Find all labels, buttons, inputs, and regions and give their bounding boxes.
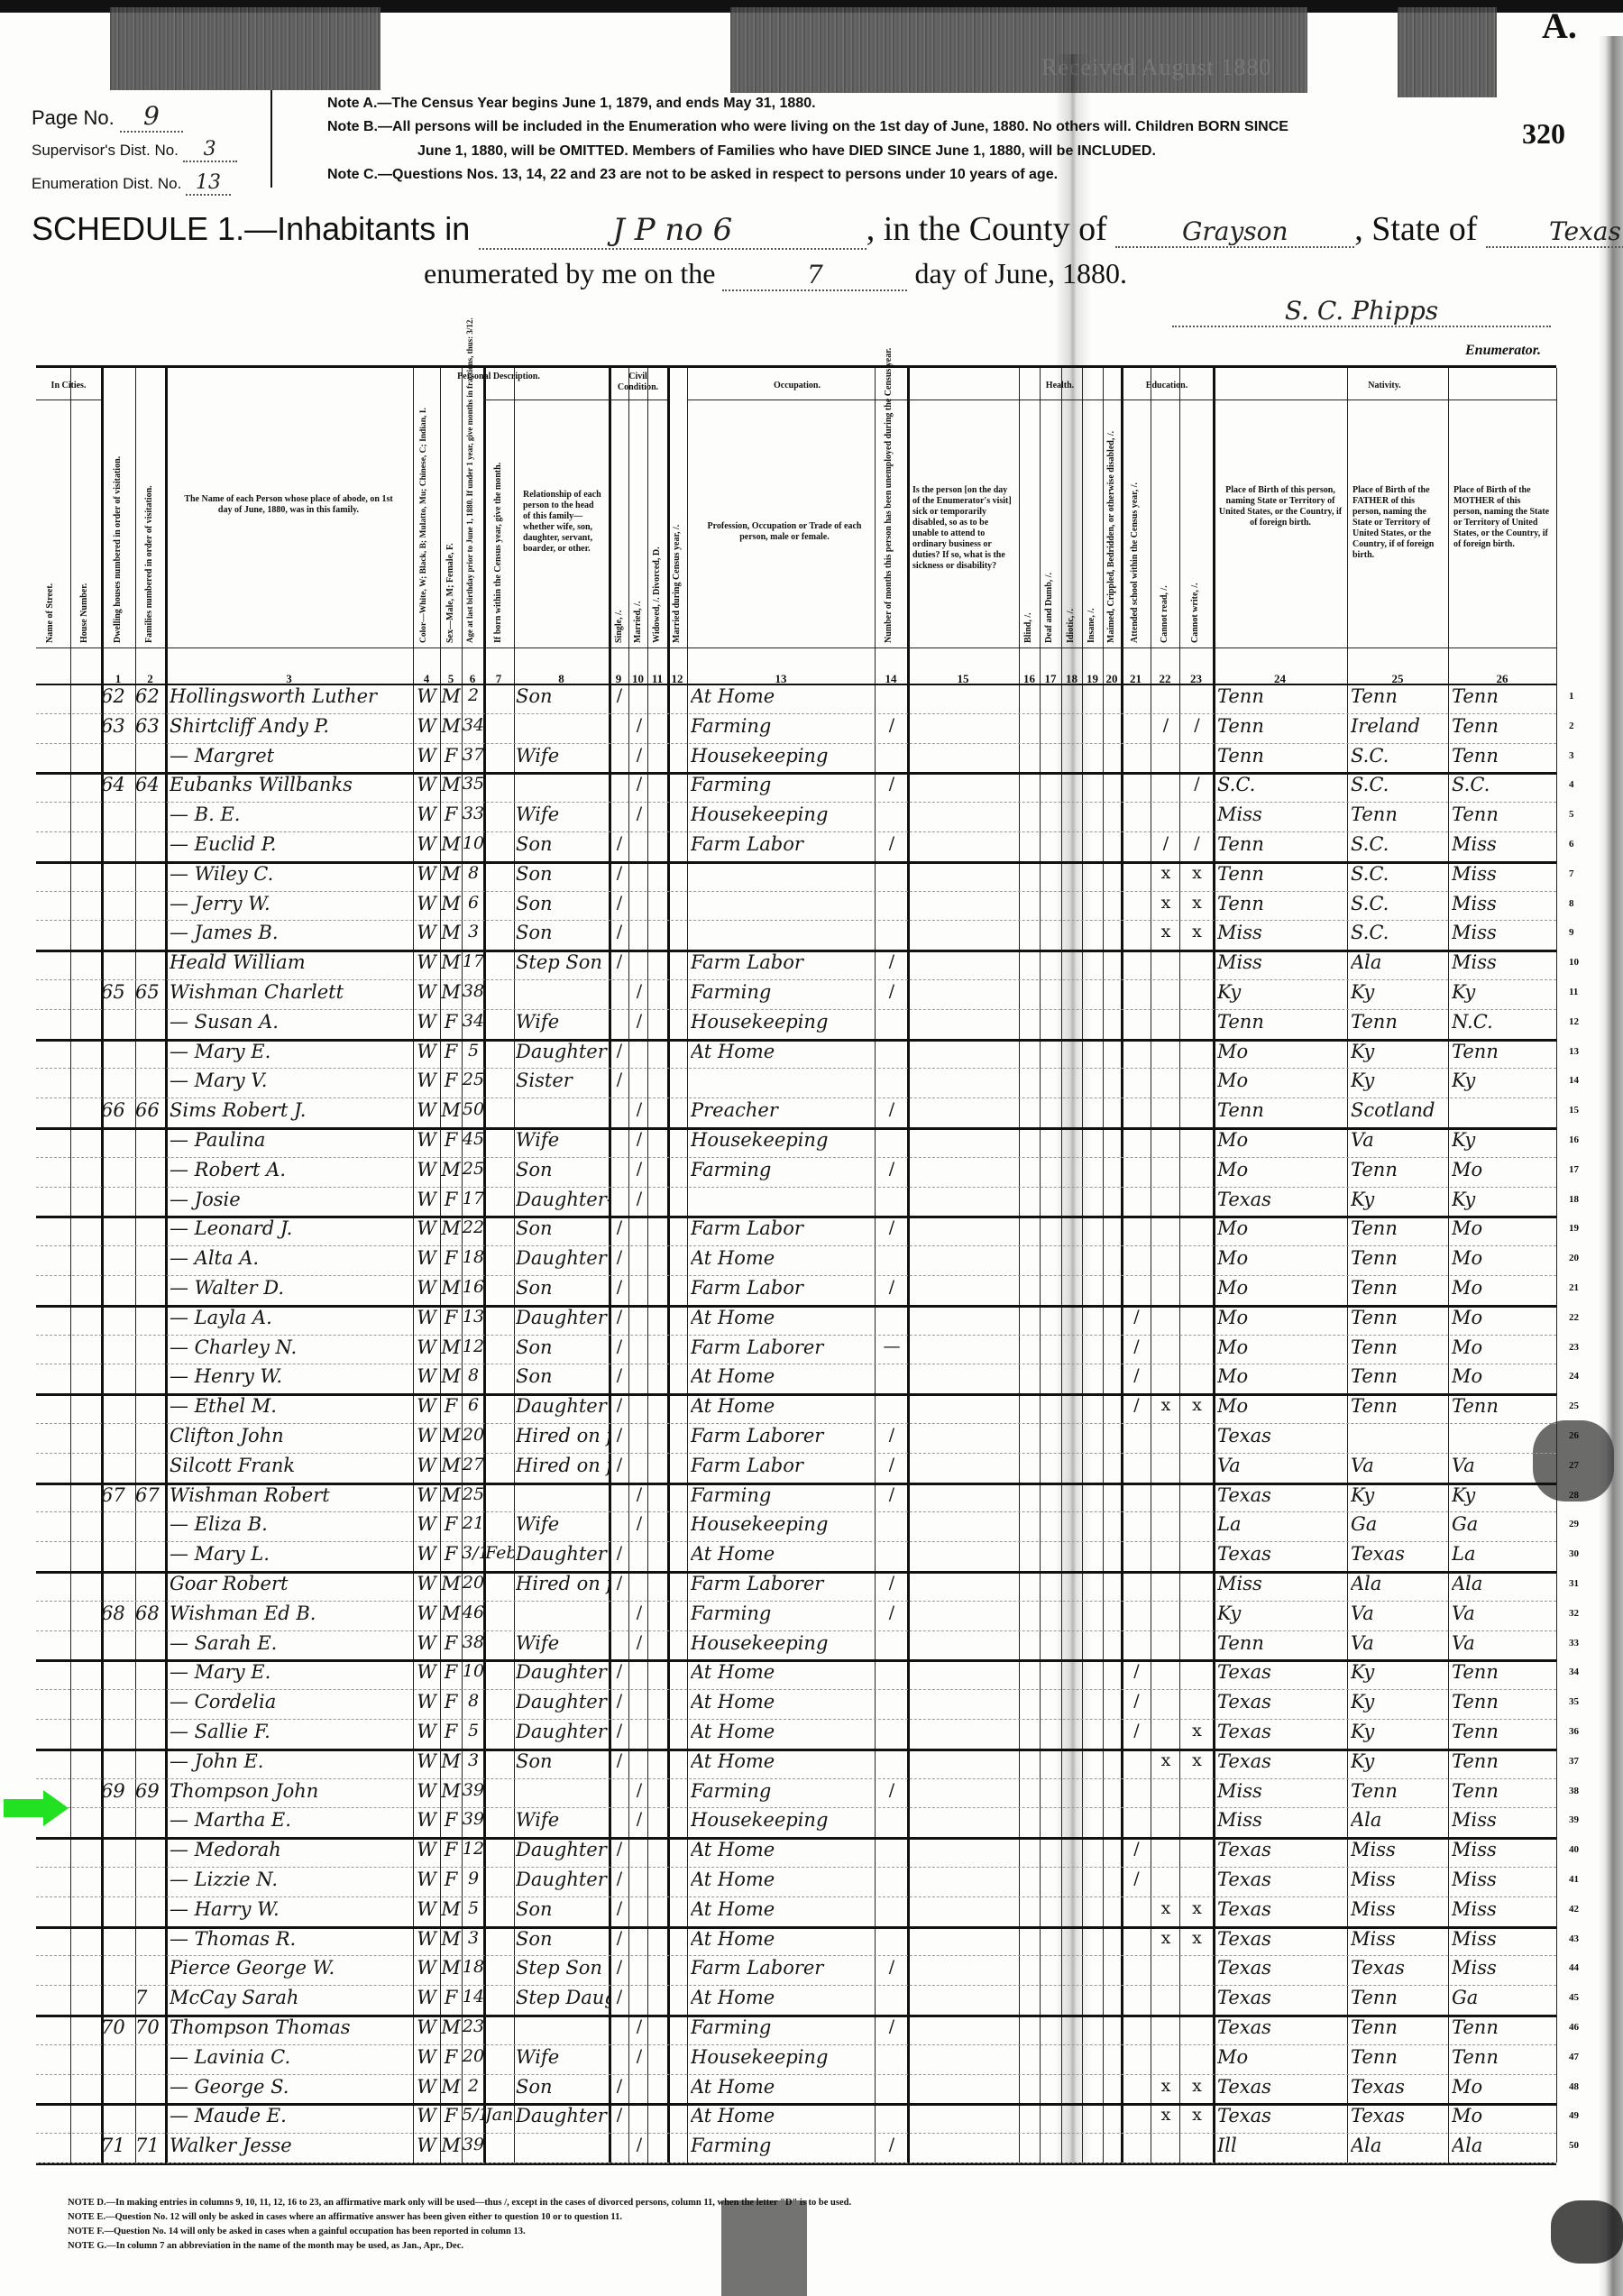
header-col2: Families numbered in order of visitation… xyxy=(144,472,154,643)
father-birthplace: Tenn xyxy=(1351,1247,1448,1269)
birthplace: Texas xyxy=(1217,1928,1347,1950)
color: W xyxy=(413,1869,440,1890)
occupation: Farm Labor xyxy=(691,1277,875,1299)
color: W xyxy=(413,1573,440,1594)
enumeration-field: Enumeration Dist. No. 13 xyxy=(32,171,231,196)
father-birthplace: Tenn xyxy=(1351,1780,1448,1802)
person-name: Goar Robert xyxy=(170,1573,413,1594)
family-number: 7 xyxy=(135,1987,165,2008)
relationship: Wife xyxy=(516,1011,609,1033)
census-page: Received August 1880 A. 320 Page No. 9 S… xyxy=(0,0,1623,2296)
months-unemployed: / xyxy=(876,1484,907,1504)
person-name: — Medorah xyxy=(170,1839,413,1860)
relationship: Daughter xyxy=(516,2105,609,2126)
mother-birthplace: Va xyxy=(1452,1603,1556,1624)
header-personal: Personal Description. xyxy=(440,372,557,382)
birthplace: Miss xyxy=(1217,804,1347,825)
color: W xyxy=(413,2135,440,2156)
table-row: 8— Jerry W.WM6Son/xxTennS.C.Miss xyxy=(36,891,1556,922)
birthplace: Texas xyxy=(1217,1425,1347,1446)
page-no-field: Page No. 9 xyxy=(32,101,183,133)
sex: M xyxy=(440,2076,462,2098)
father-birthplace: Tenn xyxy=(1351,1011,1448,1033)
relationship: Son xyxy=(516,2076,609,2098)
mother-birthplace: Miss xyxy=(1452,1957,1556,1979)
table-row: 34— Mary E.WF10Daughter/At Home/TexasKyT… xyxy=(36,1659,1556,1690)
table-row: 3— MargretWF37Wife/HousekeepingTennS.C.T… xyxy=(36,743,1556,776)
header-col11: Widowed, /. Divorced, D. xyxy=(652,521,662,643)
person-name: Thompson Thomas xyxy=(170,2016,413,2038)
sex: M xyxy=(440,2135,462,2156)
occupation: Housekeeping xyxy=(691,1129,875,1151)
single-mark: / xyxy=(610,1425,628,1445)
birth-month: Feb xyxy=(485,1543,514,1563)
table-row: 19— Leonard J.WM22Son/Farm Labor/MoTennM… xyxy=(36,1216,1556,1246)
note-f: NOTE F.—Question No. 14 will only be ask… xyxy=(68,2225,851,2239)
table-row: 507171Walker JesseWM39/Farming/IllAlaAla xyxy=(36,2133,1556,2163)
line-number: 5 xyxy=(1569,809,1574,820)
line-number: 19 xyxy=(1569,1223,1579,1234)
green-arrow-icon xyxy=(4,1790,69,1826)
cannot-read: x xyxy=(1152,1928,1179,1948)
age: 21 xyxy=(462,1513,485,1533)
color: W xyxy=(413,893,440,914)
enumerator-label: Enumerator. xyxy=(1465,343,1541,359)
single-mark: / xyxy=(610,863,628,883)
person-name: Pierce George W. xyxy=(170,1957,413,1979)
color: W xyxy=(413,1041,440,1062)
line-number: 8 xyxy=(1569,898,1574,909)
color: W xyxy=(413,2046,440,2068)
page-no-label: Page No. xyxy=(32,106,115,129)
person-name: — Maude E. xyxy=(170,2105,413,2126)
color: W xyxy=(413,863,440,885)
married-mark: / xyxy=(630,1159,648,1179)
table-row: 43— Thomas R.WM3Son/At HomexxTexasMissMi… xyxy=(36,1926,1556,1957)
sex: F xyxy=(440,1307,462,1328)
single-mark: / xyxy=(610,1898,628,1918)
color: W xyxy=(413,981,440,1003)
occupation: Farm Laborer xyxy=(691,1336,875,1358)
color: W xyxy=(413,833,440,855)
header-col13: Profession, Occupation or Trade of each … xyxy=(699,521,870,543)
birthplace: Tenn xyxy=(1217,715,1347,737)
person-name: — Mary L. xyxy=(170,1543,413,1565)
mother-birthplace: Miss xyxy=(1452,1928,1556,1950)
occupation: At Home xyxy=(691,1543,875,1565)
mother-birthplace: Tenn xyxy=(1452,1041,1556,1062)
table-row: 35— CordeliaWF8Daughter/At Home/TexasKyT… xyxy=(36,1689,1556,1720)
married-mark: / xyxy=(630,745,648,765)
birthplace: Tenn xyxy=(1217,685,1347,707)
occupation: Farming xyxy=(691,1603,875,1624)
supervisor-value: 3 xyxy=(183,138,237,162)
line-number: 33 xyxy=(1569,1638,1579,1649)
occupation: Farm Laborer xyxy=(691,1573,875,1594)
birthplace: Texas xyxy=(1217,1543,1347,1565)
table-row: 18— JosieWF17Daughter-in-Law/TexasKyKy xyxy=(36,1187,1556,1219)
sex: M xyxy=(440,1455,462,1476)
birthplace: Tenn xyxy=(1217,863,1347,885)
father-birthplace: Va xyxy=(1351,1455,1448,1476)
months-unemployed: / xyxy=(876,1425,907,1445)
father-birthplace: Tenn xyxy=(1351,1277,1448,1299)
tape-left xyxy=(110,7,381,90)
single-mark: / xyxy=(610,685,628,705)
table-row: 286767Wishman RobertWM25/Farming/TexasKy… xyxy=(36,1483,1556,1513)
occupation: Farming xyxy=(691,1159,875,1180)
mother-birthplace: Miss xyxy=(1452,1839,1556,1860)
father-birthplace: Ga xyxy=(1351,1513,1448,1535)
table-row: 33— Sarah E.WF38Wife/HousekeepingTennVaV… xyxy=(36,1630,1556,1663)
single-mark: / xyxy=(610,2105,628,2125)
mother-birthplace: Tenn xyxy=(1452,715,1556,737)
single-mark: / xyxy=(610,1395,628,1415)
single-mark: / xyxy=(610,951,628,971)
married-mark: / xyxy=(630,1632,648,1652)
birthplace: Mo xyxy=(1217,1247,1347,1269)
family-number: 71 xyxy=(135,2135,165,2156)
mother-birthplace: Mo xyxy=(1452,1336,1556,1358)
father-birthplace: S.C. xyxy=(1351,863,1448,885)
father-birthplace: Miss xyxy=(1351,1839,1448,1860)
relationship: Daughter xyxy=(516,1247,609,1269)
table-row: 37— John E.WM3Son/At HomexxTexasKyTenn xyxy=(36,1749,1556,1779)
person-name: Wishman Robert xyxy=(170,1484,413,1506)
mother-birthplace: Tenn xyxy=(1452,1691,1556,1713)
mother-birthplace: Tenn xyxy=(1452,1750,1556,1772)
relationship: Son xyxy=(516,1365,609,1387)
mother-birthplace: Tenn xyxy=(1452,1780,1556,1802)
relationship: Step Son xyxy=(516,1957,609,1979)
relationship: Daughter xyxy=(516,1395,609,1417)
relationship: Wife xyxy=(516,1632,609,1654)
color: W xyxy=(413,1070,440,1091)
cannot-write: x xyxy=(1181,893,1213,913)
sex: M xyxy=(440,715,462,737)
family-number: 69 xyxy=(135,1780,165,1802)
mother-birthplace: Mo xyxy=(1452,1307,1556,1328)
line-number: 34 xyxy=(1569,1667,1579,1677)
occupation: At Home xyxy=(691,1041,875,1062)
relationship: Son xyxy=(516,863,609,885)
married-mark: / xyxy=(630,2016,648,2036)
line-number: 9 xyxy=(1569,927,1574,938)
birthplace: Mo xyxy=(1217,1277,1347,1299)
mother-birthplace: Mo xyxy=(1452,1159,1556,1180)
table-row: 326868Wishman Ed B.WM46/Farming/KyVaVa xyxy=(36,1601,1556,1631)
sex: M xyxy=(440,2016,462,2038)
line-number: 47 xyxy=(1569,2052,1579,2062)
header-occupation: Occupation. xyxy=(687,381,907,391)
birthplace: Texas xyxy=(1217,1484,1347,1506)
birthplace: Mo xyxy=(1217,2046,1347,2068)
sex: M xyxy=(440,1780,462,1802)
family-number: 64 xyxy=(135,774,165,795)
mother-birthplace: Mo xyxy=(1452,2076,1556,2098)
single-mark: / xyxy=(610,1573,628,1593)
birthplace: Mo xyxy=(1217,1070,1347,1091)
enumerator-signature: S. C. Phipps xyxy=(1172,296,1551,327)
color: W xyxy=(413,1129,440,1151)
relationship: Daughter xyxy=(516,1307,609,1328)
sex: M xyxy=(440,1336,462,1358)
cannot-read: x xyxy=(1152,893,1179,913)
sex: F xyxy=(440,1869,462,1890)
relationship: Son xyxy=(516,1277,609,1299)
relationship: Wife xyxy=(516,745,609,767)
mother-birthplace: Ga xyxy=(1452,1987,1556,2008)
relationship: Daughter xyxy=(516,1543,609,1565)
occupation: Housekeeping xyxy=(691,1513,875,1535)
dwelling-number: 62 xyxy=(101,685,135,707)
months-unemployed: / xyxy=(876,951,907,971)
relationship: Hired on farm xyxy=(516,1455,609,1476)
age: 9 xyxy=(462,1869,485,1888)
age: 33 xyxy=(462,804,485,823)
father-birthplace: Texas xyxy=(1351,2105,1448,2126)
enumeration-value: 13 xyxy=(186,171,231,196)
sex: M xyxy=(440,833,462,855)
birthplace: Tenn xyxy=(1217,1011,1347,1033)
married-mark: / xyxy=(630,2135,648,2154)
person-name: Eubanks Willbanks xyxy=(170,774,413,795)
line-number: 40 xyxy=(1569,1844,1579,1855)
sex: M xyxy=(440,1099,462,1121)
line-number: 49 xyxy=(1569,2110,1579,2121)
married-mark: / xyxy=(630,1099,648,1119)
color: W xyxy=(413,1809,440,1831)
father-birthplace: Ky xyxy=(1351,1661,1448,1683)
person-name: — Jerry W. xyxy=(170,893,413,914)
father-birthplace: Tenn xyxy=(1351,1217,1448,1239)
months-unemployed: / xyxy=(876,981,907,1001)
line-number: 24 xyxy=(1569,1371,1579,1382)
occupation: Farming xyxy=(691,774,875,795)
mother-birthplace: Tenn xyxy=(1452,1721,1556,1742)
color: W xyxy=(413,804,440,825)
occupation: Farm Laborer xyxy=(691,1957,875,1979)
line-number: 32 xyxy=(1569,1608,1579,1619)
sex: M xyxy=(440,774,462,795)
line-number: 12 xyxy=(1569,1016,1579,1027)
header-col1: Dwelling houses numbered in order of vis… xyxy=(113,440,123,643)
line-number: 27 xyxy=(1569,1460,1579,1471)
day-value: 7 xyxy=(722,260,907,291)
sex: F xyxy=(440,1395,462,1417)
father-birthplace: Tenn xyxy=(1351,1395,1448,1417)
mother-birthplace: N.C. xyxy=(1452,1011,1556,1033)
birthplace: Va xyxy=(1217,1455,1347,1476)
table-row: 24— Henry W.WM8Son/At Home/MoTennMo xyxy=(36,1364,1556,1396)
table-row: 31Goar RobertWM20Hired on farm/Farm Labo… xyxy=(36,1571,1556,1602)
table-row: 40— MedorahWF12Daughter/At Home/TexasMis… xyxy=(36,1837,1556,1868)
header-col23: Cannot write, /. xyxy=(1190,562,1200,643)
cannot-read: x xyxy=(1152,2076,1179,2096)
line-number: 45 xyxy=(1569,1992,1579,2003)
months-unemployed: / xyxy=(876,1217,907,1237)
age: 50 xyxy=(462,1099,485,1119)
age: 45 xyxy=(462,1129,485,1149)
occupation: Farm Labor xyxy=(691,1455,875,1476)
header-col12: Married during Census year, /. xyxy=(672,503,682,643)
single-mark: / xyxy=(610,1750,628,1770)
person-name: Thompson John xyxy=(170,1780,413,1802)
birthplace: Mo xyxy=(1217,1159,1347,1180)
attended-school: / xyxy=(1123,1336,1151,1356)
age: 12 xyxy=(462,1839,485,1859)
color: W xyxy=(413,1543,440,1565)
header-education: Education. xyxy=(1121,381,1213,391)
cannot-write: x xyxy=(1181,1898,1213,1918)
person-name: — Eliza B. xyxy=(170,1513,413,1535)
color: W xyxy=(413,1691,440,1713)
header-house-number: House Number. xyxy=(79,557,89,643)
relationship: Hired on farm xyxy=(516,1425,609,1446)
table-row: 47— Lavinia C.WF20Wife/HousekeepingMoTen… xyxy=(36,2044,1556,2075)
line-number: 23 xyxy=(1569,1342,1579,1353)
single-mark: / xyxy=(610,1957,628,1977)
table-row: 386969Thompson JohnWM39/Farming/MissTenn… xyxy=(36,1778,1556,1809)
single-mark: / xyxy=(610,922,628,941)
age: 12 xyxy=(462,1336,485,1356)
married-mark: / xyxy=(630,1513,648,1533)
table-row: 16— PaulinaWF45Wife/HousekeepingMoVaKy xyxy=(36,1127,1556,1158)
single-mark: / xyxy=(610,1247,628,1267)
person-name: — Susan A. xyxy=(170,1011,413,1033)
color: W xyxy=(413,1217,440,1239)
father-birthplace: S.C. xyxy=(1351,745,1448,767)
dwelling-number: 66 xyxy=(101,1099,135,1121)
person-name: Wishman Ed B. xyxy=(170,1603,413,1624)
age: 14 xyxy=(462,1987,485,2007)
birthplace: Texas xyxy=(1217,1957,1347,1979)
mother-birthplace: Miss xyxy=(1452,1809,1556,1831)
header-col9: Single, /. xyxy=(614,584,624,643)
age: 6 xyxy=(462,893,485,913)
sex: M xyxy=(440,1365,462,1387)
relationship: Daughter xyxy=(516,1661,609,1683)
mother-birthplace: Ky xyxy=(1452,1129,1556,1151)
person-name: — Martha E. xyxy=(170,1809,413,1831)
table-row: 21— Walter D.WM16Son/Farm Labor/MoTennMo xyxy=(36,1275,1556,1308)
color: W xyxy=(413,1898,440,1920)
age: 25 xyxy=(462,1484,485,1504)
married-mark: / xyxy=(630,1129,648,1149)
cannot-read: x xyxy=(1152,1395,1179,1415)
person-name: — Mary E. xyxy=(170,1041,413,1062)
months-unemployed: / xyxy=(876,774,907,794)
single-mark: / xyxy=(610,1277,628,1297)
footer-notes: NOTE D.—In making entries in columns 9, … xyxy=(68,2196,851,2254)
relationship: Daughter xyxy=(516,1869,609,1890)
age: 20 xyxy=(462,2046,485,2066)
occupation: Housekeeping xyxy=(691,1632,875,1654)
relationship: Wife xyxy=(516,1129,609,1151)
line-number: 42 xyxy=(1569,1904,1579,1915)
table-row: 156666Sims Robert J.WM50/Preacher/TennSc… xyxy=(36,1097,1556,1130)
sex: M xyxy=(440,1484,462,1506)
birthplace: Tenn xyxy=(1217,833,1347,855)
single-mark: / xyxy=(610,1839,628,1859)
age: 3/12 xyxy=(462,1543,485,1563)
mother-birthplace: S.C. xyxy=(1452,774,1556,795)
header-col8: Relationship of each person to the head … xyxy=(523,490,602,555)
relationship: Sister xyxy=(516,1070,609,1091)
person-name: Hollingsworth Luther xyxy=(170,685,413,707)
married-mark: / xyxy=(630,1809,648,1829)
dwelling-number: 65 xyxy=(101,981,135,1003)
line-number: 15 xyxy=(1569,1105,1579,1116)
color: W xyxy=(413,1957,440,1979)
person-name: — Sallie F. xyxy=(170,1721,413,1742)
age: 2 xyxy=(462,685,485,705)
family-number: 67 xyxy=(135,1484,165,1506)
line-number: 22 xyxy=(1569,1312,1579,1323)
color: W xyxy=(413,1455,440,1476)
mother-birthplace: Va xyxy=(1452,1632,1556,1654)
header-col14: Number of months this person has been un… xyxy=(884,409,894,643)
enumerated-line: enumerated by me on the 7 day of June, 1… xyxy=(424,257,1127,291)
age: 39 xyxy=(462,2135,485,2154)
color: W xyxy=(413,745,440,767)
dwelling-number: 69 xyxy=(101,1780,135,1802)
birthplace: Texas xyxy=(1217,1189,1347,1210)
birthplace: Miss xyxy=(1217,1573,1347,1594)
attended-school: / xyxy=(1123,1869,1151,1888)
header-col22: Cannot read, /. xyxy=(1160,562,1169,643)
attended-school: / xyxy=(1123,1307,1151,1327)
person-name: — John E. xyxy=(170,1750,413,1772)
father-birthplace: Tenn xyxy=(1351,1365,1448,1387)
mother-birthplace: Miss xyxy=(1452,1869,1556,1890)
single-mark: / xyxy=(610,833,628,853)
sheet-letter: A. xyxy=(1542,5,1577,47)
color: W xyxy=(413,774,440,795)
occupation: Housekeeping xyxy=(691,804,875,825)
single-mark: / xyxy=(610,1987,628,2007)
person-name: — Wiley C. xyxy=(170,863,413,885)
occupation: Housekeeping xyxy=(691,1011,875,1033)
occupation: Farm Labor xyxy=(691,951,875,973)
relationship: Daughter xyxy=(516,1041,609,1062)
father-birthplace: Ala xyxy=(1351,1809,1448,1831)
sex: F xyxy=(440,1987,462,2008)
dwelling-number: 70 xyxy=(101,2016,135,2038)
header-in-cities: In Cities. xyxy=(38,381,99,391)
birthplace: S.C. xyxy=(1217,774,1347,795)
single-mark: / xyxy=(610,1307,628,1327)
age: 18 xyxy=(462,1957,485,1977)
mother-birthplace: Ky xyxy=(1452,1189,1556,1210)
relationship: Daughter xyxy=(516,1721,609,1742)
sex: M xyxy=(440,1217,462,1239)
single-mark: / xyxy=(610,1721,628,1740)
schedule-label: SCHEDULE 1.—Inhabitants in xyxy=(32,210,470,247)
sex: F xyxy=(440,1070,462,1091)
family-number: 66 xyxy=(135,1099,165,1121)
occupation: At Home xyxy=(691,1928,875,1950)
line-number: 43 xyxy=(1569,1933,1579,1944)
line-number: 26 xyxy=(1569,1430,1579,1441)
person-name: — James B. xyxy=(170,922,413,943)
married-mark: / xyxy=(630,774,648,794)
occupation: Farming xyxy=(691,1484,875,1506)
table-row: 44Pierce George W.WM18Step Son/Farm Labo… xyxy=(36,1955,1556,1986)
line-number: 28 xyxy=(1569,1490,1579,1501)
person-name: — Lizzie N. xyxy=(170,1869,413,1890)
dwelling-number: 63 xyxy=(101,715,135,737)
